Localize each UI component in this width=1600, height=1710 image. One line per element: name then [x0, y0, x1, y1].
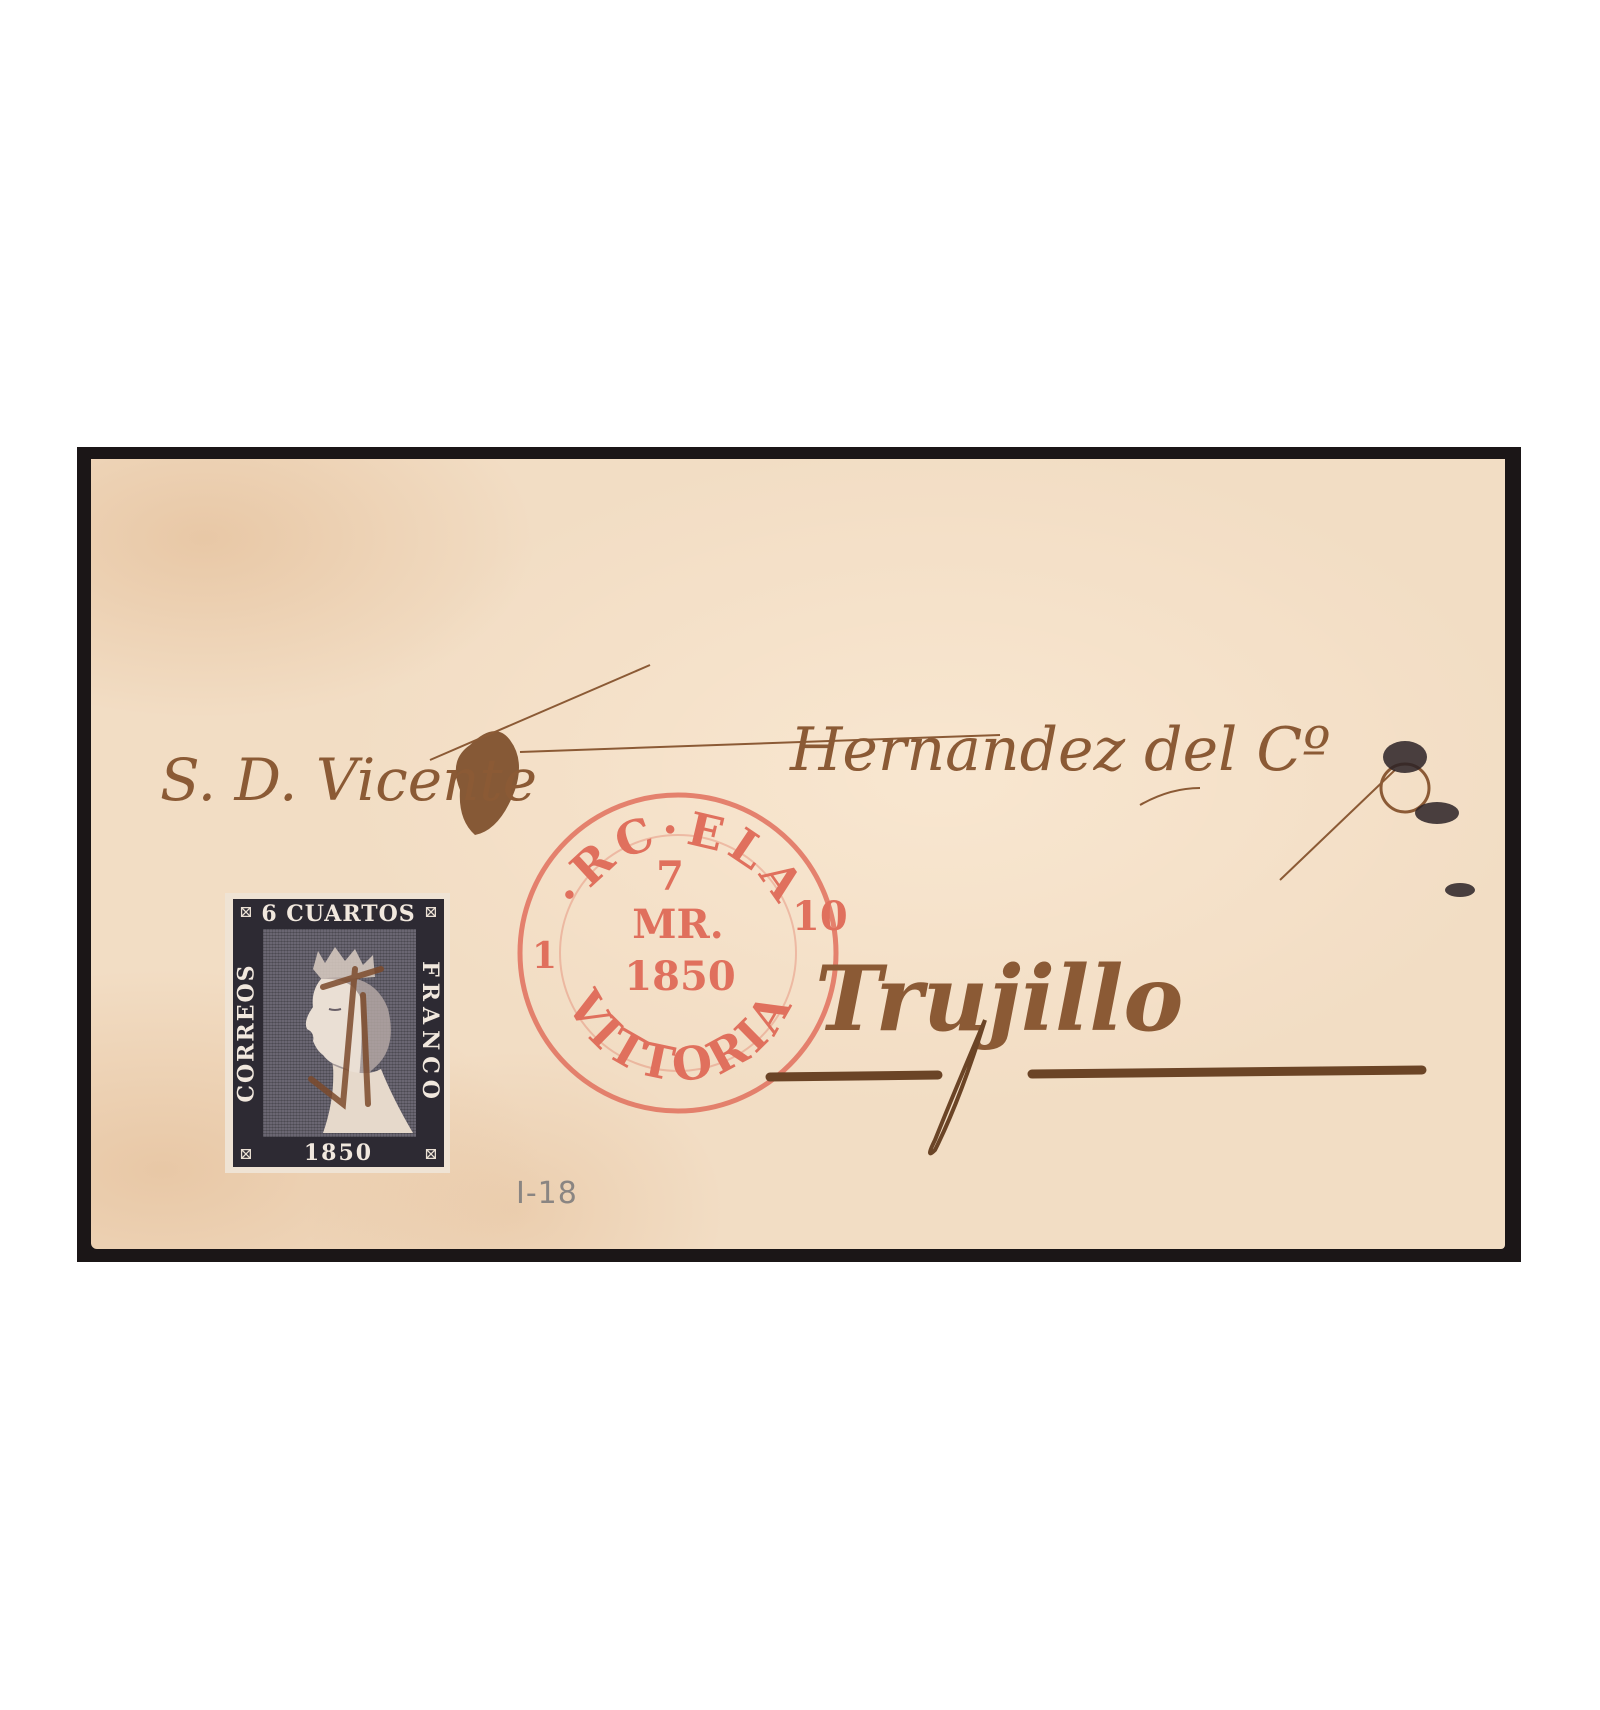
- stamp-frame: 6 CUARTOS CORREOS FRANCO 1850 ⊠ ⊠ ⊠ ⊠: [233, 899, 444, 1167]
- circular-postmark: ·RC·ELA VITTORIA 7 MR. 1850 1 10: [510, 790, 850, 1120]
- queen-profile-icon: [263, 929, 416, 1133]
- postmark-day: 7: [656, 853, 684, 900]
- stamp-denomination: 6 CUARTOS: [233, 901, 444, 927]
- pencil-catalog-note: I-18: [516, 1176, 578, 1211]
- postmark-left-number: 1: [532, 935, 557, 977]
- ornament-icon: ⊠: [236, 902, 256, 922]
- postmark-year: 1850: [624, 953, 735, 1000]
- queen-portrait: [263, 929, 416, 1137]
- postmark-month: MR.: [632, 901, 723, 948]
- postmark-right-number: 10: [792, 893, 848, 940]
- stamp-year: 1850: [233, 1140, 444, 1166]
- stamp-left-label: CORREOS: [234, 929, 260, 1137]
- stamp-right-label: FRANCO: [417, 929, 443, 1137]
- ornament-icon: ⊠: [236, 1144, 256, 1164]
- ornament-icon: ⊠: [421, 1144, 441, 1164]
- ornament-icon: ⊠: [421, 902, 441, 922]
- postage-stamp: 6 CUARTOS CORREOS FRANCO 1850 ⊠ ⊠ ⊠ ⊠: [225, 893, 450, 1173]
